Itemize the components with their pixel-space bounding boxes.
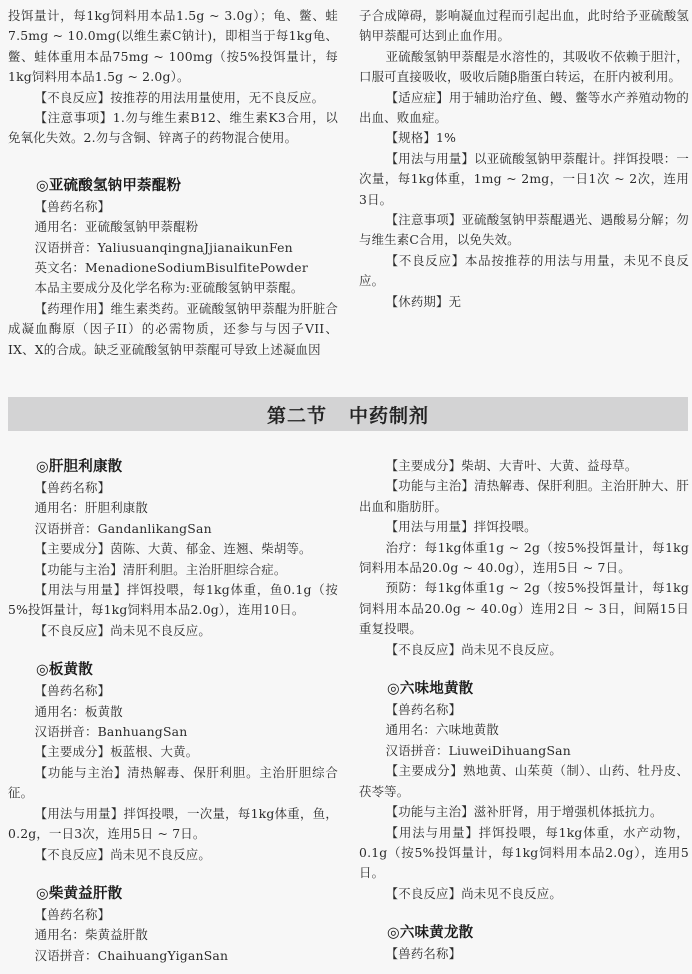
drug-entry: ◎肝胆利康散 【兽药名称】 通用名：肝胆利康散 汉语拼音：Gandanlikan… [8,456,338,641]
drug-entry-continued: 【主要成分】柴胡、大青叶、大黄、益母草。 【功能与主治】清热解毒、保肝利胆。主治… [359,456,689,660]
ingredients: 【主要成分】熟地黄、山茱萸（制）、山药、牡丹皮、茯苓等。 [359,761,689,802]
ingredients: 【主要成分】板蓝根、大黄。 [8,742,338,762]
top-right-column: 子合成障碍，影响凝血过程而引起出血，此时给予亚硫酸氢钠甲萘醌可达到止血作用。 亚… [359,6,689,312]
ingredients: 【主要成分】茵陈、大黄、郁金、连翘、柴胡等。 [8,539,338,559]
drug-title: ◎亚硫酸氢钠甲萘醌粉 [8,175,338,197]
specification: 【规格】1% [359,128,689,148]
dosage: 【用法与用量】拌饵投喂，每1kg体重，鱼0.1g（按5%投饵量计，每1kg饲料用… [8,580,338,621]
adverse-reactions: 【不良反应】本品按推荐的用法与用量，未见不良反应。 [359,251,689,292]
precautions: 【注意事项】1.勿与维生素B12、维生素K3合用，以免氧化失效。2.勿与含铜、锌… [8,108,338,149]
pinyin-name: 汉语拼音：LiuweiDihuangSan [359,741,689,761]
vet-name-label: 【兽药名称】 [359,700,689,720]
pharmacology: 【药理作用】维生素类药。亚硫酸氢钠甲萘醌为肝脏合成凝血酶原（因子II）的必需物质… [8,299,338,360]
pinyin-name: 汉语拼音：ChaihuangYiganSan [8,946,338,966]
adverse-reactions: 【不良反应】尚未见不良反应。 [359,640,689,660]
adverse-reactions: 【不良反应】尚未见不良反应。 [8,621,338,641]
drug-title: ◎六味地黄散 [359,678,689,700]
generic-name: 通用名：六味地黄散 [359,720,689,740]
adverse-reactions: 【不良反应】按推荐的用法用量使用，无不良反应。 [8,88,338,108]
drug-entry: ◎板黄散 【兽药名称】 通用名：板黄散 汉语拼音：BanhuangSan 【主要… [8,659,338,865]
drug-entry: ◎六味地黄散 【兽药名称】 通用名：六味地黄散 汉语拼音：LiuweiDihua… [359,678,689,904]
vet-name-label: 【兽药名称】 [8,197,338,217]
drug-title: ◎六味黄龙散 [359,922,689,944]
function-indication: 【功能与主治】清肝利胆。主治肝胆综合症。 [8,560,338,580]
generic-name: 通用名：亚硫酸氢钠甲萘醌粉 [8,217,338,237]
vet-name-label: 【兽药名称】 [359,944,689,964]
dosage: 【用法与用量】拌饵投喂，一次量，每1kg体重，鱼，0.2g，一日3次，连用5日 … [8,804,338,845]
generic-name: 通用名：柴黄益肝散 [8,925,338,945]
english-name: 英文名：MenadioneSodiumBisulfitePowder [8,258,338,278]
bottom-left-column: ◎肝胆利康散 【兽药名称】 通用名：肝胆利康散 汉语拼音：Gandanlikan… [8,456,338,966]
adverse-reactions: 【不良反应】尚未见不良反应。 [8,845,338,865]
dosage-paragraph-continued: 投饵量计，每1kg饲料用本品1.5g ~ 3.0g）；龟、鳖、蛙7.5mg ~ … [8,6,338,88]
prevention-dosage: 预防：每1kg体重1g ~ 2g（按5%投饵量计，每1kg饲料用本品20.0g … [359,578,689,639]
composition: 本品主要成分及化学名称为:亚硫酸氢钠甲萘醌。 [8,278,338,298]
section-title: 中药制剂 [349,401,429,428]
absorption: 亚硫酸氢钠甲萘醌是水溶性的，其吸收不依赖于胆汁，口服可直接吸收，吸收后随β脂蛋白… [359,47,689,88]
ingredients: 【主要成分】柴胡、大青叶、大黄、益母草。 [359,456,689,476]
pinyin-name: 汉语拼音：YaliusuanqingnaJjianaikunFen [8,238,338,258]
bottom-right-column: 【主要成分】柴胡、大青叶、大黄、益母草。 【功能与主治】清热解毒、保肝利胆。主治… [359,456,689,965]
pinyin-name: 汉语拼音：BanhuangSan [8,722,338,742]
vet-name-label: 【兽药名称】 [8,681,338,701]
drug-title: ◎板黄散 [8,659,338,681]
dosage: 【用法与用量】以亚硫酸氢钠甲萘醌计。拌饵投喂：一次量，每1kg体重，1mg ~ … [359,149,689,210]
dosage: 【用法与用量】拌饵投喂。 [359,517,689,537]
adverse-reactions: 【不良反应】尚未见不良反应。 [359,884,689,904]
withdrawal-period: 【休药期】无 [359,292,689,312]
function-indication: 【功能与主治】滋补肝肾，用于增强机体抵抗力。 [359,802,689,822]
section-number: 第二节 [267,401,327,428]
section-header-band: 第二节 中药制剂 [8,397,688,431]
function-indication: 【功能与主治】清热解毒、保肝利胆。主治肝肿大、肝出血和脂肪肝。 [359,476,689,517]
function-indication: 【功能与主治】清热解毒、保肝利胆。主治肝胆综合征。 [8,763,338,804]
dosage: 【用法与用量】拌饵投喂，每1kg体重，水产动物，0.1g（按5%投饵量计，每1k… [359,823,689,884]
precautions: 【注意事项】亚硫酸氢钠甲萘醌遇光、遇酸易分解；勿与维生素C合用，以免失效。 [359,210,689,251]
drug-entry: ◎柴黄益肝散 【兽药名称】 通用名：柴黄益肝散 汉语拼音：ChaihuangYi… [8,883,338,966]
pharmacology-continued: 子合成障碍，影响凝血过程而引起出血，此时给予亚硫酸氢钠甲萘醌可达到止血作用。 [359,6,689,47]
pinyin-name: 汉语拼音：GandanlikangSan [8,519,338,539]
generic-name: 通用名：肝胆利康散 [8,498,338,518]
top-left-column: 投饵量计，每1kg饲料用本品1.5g ~ 3.0g）；龟、鳖、蛙7.5mg ~ … [8,6,338,360]
drug-title: ◎柴黄益肝散 [8,883,338,905]
generic-name: 通用名：板黄散 [8,702,338,722]
vet-name-label: 【兽药名称】 [8,905,338,925]
drug-title: ◎肝胆利康散 [8,456,338,478]
treatment-dosage: 治疗：每1kg体重1g ~ 2g（按5%投饵量计，每1kg饲料用本品20.0g … [359,538,689,579]
vet-name-label: 【兽药名称】 [8,478,338,498]
indications: 【适应症】用于辅助治疗鱼、鳗、鳖等水产养殖动物的出血、败血症。 [359,88,689,129]
drug-entry: ◎六味黄龙散 【兽药名称】 [359,922,689,964]
